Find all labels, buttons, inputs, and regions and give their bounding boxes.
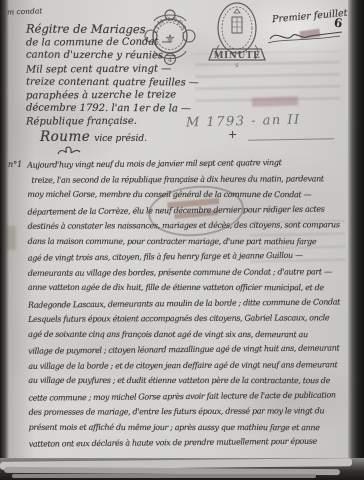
act-line: destinés à constater les naissances, mar…	[28, 217, 348, 234]
signature-title: vice présid.	[94, 134, 147, 144]
act-line: treize, l'an second de la république fra…	[27, 171, 347, 188]
minute-stamp-subtext: S	[235, 63, 239, 69]
act-line: département de la Corrèze, élu le neuf d…	[27, 201, 347, 220]
act-line: au village de la borde ; et de citoyen j…	[28, 357, 348, 374]
act-line: des promesses de mariage, d'entre les fu…	[29, 403, 349, 420]
act-line: demeurants au village des bordes, présen…	[28, 264, 348, 281]
flourish-underline	[266, 27, 344, 47]
title-line: Mil sept cent quatre vingt —	[26, 62, 186, 76]
act-margin-number: n°1	[8, 160, 22, 169]
archival-red-mark	[252, 96, 298, 107]
signature: Roume	[40, 129, 90, 145]
act-line: Radegonde Lascaux, demeurants au moulin …	[28, 294, 348, 313]
title-line: treize contenant quatre feuilles —	[26, 75, 186, 89]
act-line: cette commune ; moy michel Gorse après a…	[28, 387, 348, 406]
pencil-date-annotation: M 1793 - an II	[186, 113, 301, 131]
act-line: moy michel Gorse, membre du conseil géné…	[27, 187, 347, 203]
stacked-page-edge	[12, 474, 316, 478]
act-line: vatteton ont eux déclarés à haute voix d…	[29, 433, 349, 452]
minute-stamp-label: MINUTE	[214, 51, 261, 61]
title-line: paraphées à uzerche le treize	[26, 88, 186, 102]
corner-note: m condat	[7, 6, 43, 16]
page-edge-bottom	[0, 458, 364, 480]
cross-mark: +	[228, 128, 237, 141]
title-line: canton d'uzerche y réunies —	[26, 49, 186, 63]
title-line: Régitre de Mariages	[26, 23, 186, 37]
act-line: présent mois et affiché du même jour ; a…	[29, 419, 349, 435]
page-edge-left	[0, 0, 9, 480]
act-line: au village de puyfures ; et dudit étienn…	[28, 373, 348, 389]
marriage-act-body: Aujourd'huy vingt neuf du mois de janvie…	[27, 155, 349, 451]
act-line: Lesquels futurs époux étoient accompagné…	[28, 310, 348, 327]
page-edge-right	[348, 0, 364, 480]
act-line: anne vatteton agée de dix huit, fille de…	[28, 280, 348, 296]
register-title-block: Régitre de Mariages de la commune de Con…	[26, 23, 186, 129]
minute-stamp: MINUTE S	[207, 1, 267, 71]
signature-row: Roumevice présid.	[40, 126, 147, 145]
scanned-register-page: m condat Premier feuillet 6 LIMOGES ⚜ 4 …	[0, 0, 364, 480]
act-line: agé de soixante cinq ans françois danot …	[28, 326, 348, 342]
act-line: dans la maison commune, pour contracter …	[28, 233, 348, 249]
